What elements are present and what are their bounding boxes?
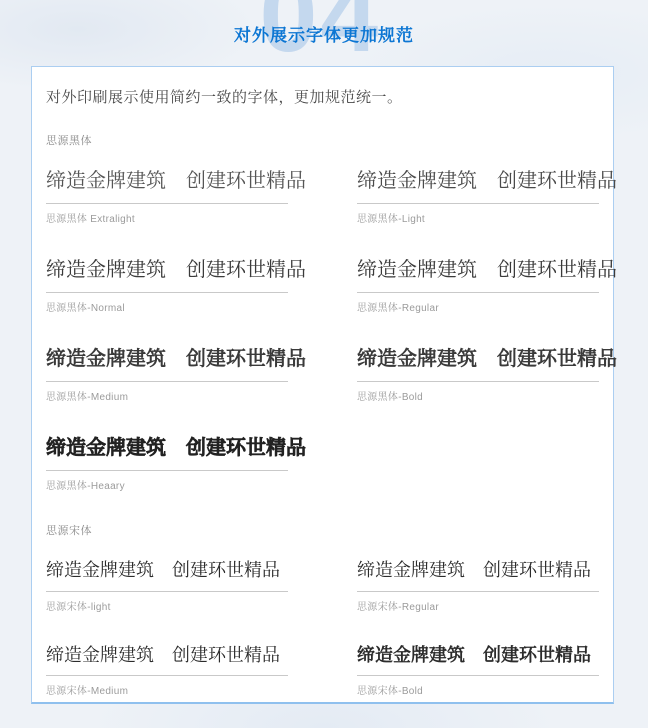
specimen-divider: [357, 203, 599, 204]
specimen-label: 思源黑体-Bold: [357, 388, 599, 403]
specimen-label: 思源黑体-Regular: [357, 299, 599, 314]
specimen-label: 思源黑体-Light: [357, 210, 599, 225]
specimen-label: 思源黑体-Heaary: [46, 477, 288, 492]
specimen-serif-bold: 缔造金牌建筑 创建环世精品 思源宋体-Bold: [357, 623, 599, 698]
specimen-serif-medium: 缔造金牌建筑 创建环世精品 思源宋体-Medium: [46, 623, 288, 698]
specimen-divider: [46, 381, 288, 382]
specimen-text: 缔造金牌建筑 创建环世精品: [46, 437, 288, 460]
specimen-divider: [46, 203, 288, 204]
specimen-text: 缔造金牌建筑 创建环世精品: [46, 170, 288, 193]
specimen-sans-regular: 缔造金牌建筑 创建环世精品 思源黑体-Regular: [357, 237, 599, 314]
section-label-serif: 思源宋体: [46, 522, 599, 538]
specimen-sans-light: 缔造金牌建筑 创建环世精品 思源黑体-Light: [357, 148, 599, 225]
specimen-text: 缔造金牌建筑 创建环世精品: [46, 645, 288, 666]
sans-specimen-grid: 缔造金牌建筑 创建环世精品 思源黑体 Extralight 缔造金牌建筑 创建环…: [46, 148, 599, 492]
specimen-label: 思源黑体-Medium: [46, 388, 288, 403]
specimen-sans-bold: 缔造金牌建筑 创建环世精品 思源黑体-Bold: [357, 326, 599, 403]
specimen-label: 思源宋体-Regular: [357, 598, 599, 613]
specimen-divider: [46, 470, 288, 471]
specimen-text: 缔造金牌建筑 创建环世精品: [46, 259, 288, 282]
specimen-divider: [46, 292, 288, 293]
specimen-text: 缔造金牌建筑 创建环世精品: [357, 348, 599, 371]
specimen-serif-light: 缔造金牌建筑 创建环世精品 思源宋体-light: [46, 538, 288, 613]
specimen-divider: [46, 675, 288, 676]
specimen-text: 缔造金牌建筑 创建环世精品: [357, 170, 599, 193]
specimen-serif-regular: 缔造金牌建筑 创建环世精品 思源宋体-Regular: [357, 538, 599, 613]
specimen-sans-normal: 缔造金牌建筑 创建环世精品 思源黑体-Normal: [46, 237, 288, 314]
specimen-text: 缔造金牌建筑 创建环世精品: [46, 560, 288, 581]
specimen-text: 缔造金牌建筑 创建环世精品: [357, 560, 599, 581]
specimen-label: 思源宋体-Bold: [357, 682, 599, 697]
specimen-label: 思源黑体 Extralight: [46, 210, 288, 225]
specimen-text: 缔造金牌建筑 创建环世精品: [46, 348, 288, 371]
specimen-label: 思源黑体-Normal: [46, 299, 288, 314]
specimen-divider: [357, 292, 599, 293]
specimen-label: 思源宋体-Medium: [46, 682, 288, 697]
specimen-sans-medium: 缔造金牌建筑 创建环世精品 思源黑体-Medium: [46, 326, 288, 403]
page-title: 对外展示字体更加规范: [0, 21, 648, 46]
intro-text: 对外印刷展示使用简约一致的字体，更加规范统一。: [46, 87, 599, 108]
specimen-divider: [357, 591, 599, 592]
specimen-sans-extralight: 缔造金牌建筑 创建环世精品 思源黑体 Extralight: [46, 148, 288, 225]
page-header: 04 对外展示字体更加规范: [0, 0, 648, 66]
specimen-sans-heavy: 缔造金牌建筑 创建环世精品 思源黑体-Heaary: [46, 415, 288, 492]
specimen-text: 缔造金牌建筑 创建环世精品: [357, 645, 599, 666]
specimen-divider: [357, 675, 599, 676]
section-label-sans: 思源黑体: [46, 132, 599, 148]
content-card: 对外印刷展示使用简约一致的字体，更加规范统一。 思源黑体 缔造金牌建筑 创建环世…: [31, 66, 614, 704]
specimen-text: 缔造金牌建筑 创建环世精品: [357, 259, 599, 282]
serif-specimen-grid: 缔造金牌建筑 创建环世精品 思源宋体-light 缔造金牌建筑 创建环世精品 思…: [46, 538, 599, 697]
specimen-divider: [46, 591, 288, 592]
specimen-divider: [357, 381, 599, 382]
specimen-label: 思源宋体-light: [46, 598, 288, 613]
